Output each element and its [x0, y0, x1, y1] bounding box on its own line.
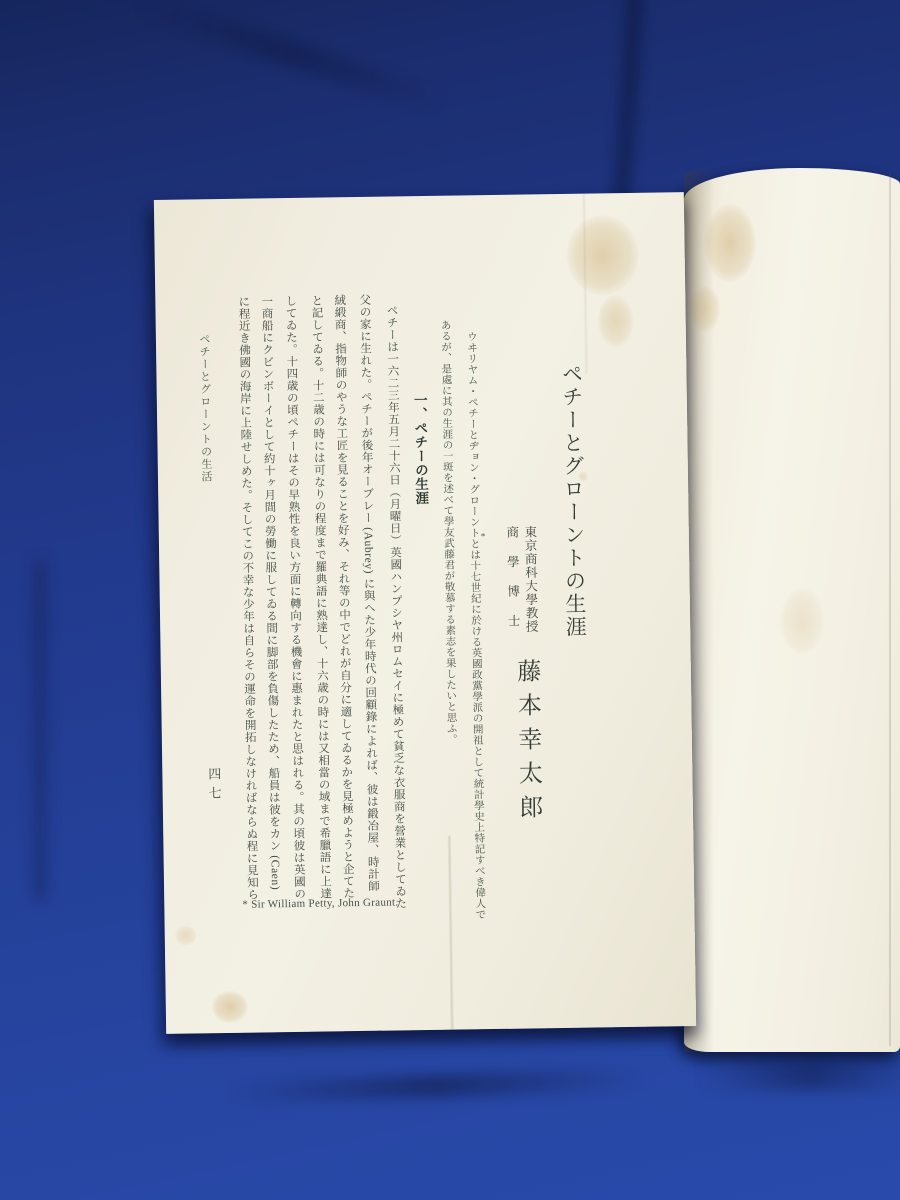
preface-note-line-1: ウヰリヤム・ペチーとヂョン・グローントとは十七世紀に於ける英國政黨學派の開祖とし…: [464, 331, 487, 891]
paper-stain: [704, 204, 756, 282]
paper-stain: [175, 925, 197, 945]
paper-stain: [780, 588, 824, 654]
paper-stain: [212, 991, 248, 1024]
article-title: ペチーとグローントの生涯: [556, 363, 590, 639]
paper-stain: [690, 286, 720, 332]
book-page: ペチーとグローントの生涯 ウヰリヤム・ペチーとヂョン・グローントとは十七世紀に於…: [154, 192, 696, 1034]
author-affiliation: 東京商科大學教授: [521, 525, 541, 633]
preface-note-line-2: あるが、是處に其の生涯の一斑を述べて學友武藤君が敬慕する素志を果したいと思ふ。: [438, 320, 459, 730]
body-column-2: 父の家に生れた。ペチーが後年オーブレー (Aubrey) に與へた少年時代の回顧…: [356, 294, 381, 894]
author-degree: 商學博士: [503, 526, 523, 644]
paper-crease: [582, 194, 589, 374]
body-column-1: ペチーは一六二三年五月二十六日（月曜日）英國ハンプシヤ州ロムセイに極めて貧乏な衣…: [383, 304, 408, 904]
paper-crease: [447, 836, 454, 1030]
body-column-5: してゐた。十四歳の頃ペチーはその早熟性を良い方面に轉向する機會に惠まれたと思はれ…: [282, 295, 307, 895]
footnote-text: * Sir William Petty, John Graunt.: [242, 896, 398, 910]
body-column-4: と記してゐる。十二歳の時には可なりの程度まで羅典語に熟達し、十六歳の時には又相當…: [308, 294, 333, 894]
fabric-crease: [700, 1060, 900, 1090]
running-header: ペチーとグローントの生活: [196, 333, 214, 483]
fabric-crease: [220, 1068, 651, 1105]
body-column-6: 一商船にクビンボーイとして約十ヶ月間の勞働に服してゐる間に脚部を負傷したため、船…: [258, 295, 283, 895]
section-heading: 一、ペチーの生涯: [409, 393, 431, 505]
page-curl: [684, 168, 900, 1052]
body-column-7: に程近き佛國の海岸に上陸せしめた。そしてこの不幸な少年は自らその運命を開拓しなけ…: [235, 296, 260, 896]
photo-backdrop: ペチーとグローントの生涯 ウヰリヤム・ペチーとヂョン・グローントとは十七世紀に於…: [0, 0, 900, 1200]
fabric-crease: [607, 0, 649, 221]
paper-stain: [597, 295, 634, 348]
footnote-reference-mark: *: [481, 531, 486, 541]
paper-stain: [566, 215, 639, 296]
body-column-3: 絨緞商、指物師のやうな工匠を見ることを好み、それ等の中でどれが自分に適してゐるか…: [331, 294, 356, 894]
author-name: 藤本幸太郎: [509, 658, 547, 829]
fabric-crease: [30, 560, 50, 900]
page-number: 四七: [204, 767, 224, 805]
fabric-crease: [124, 0, 455, 118]
